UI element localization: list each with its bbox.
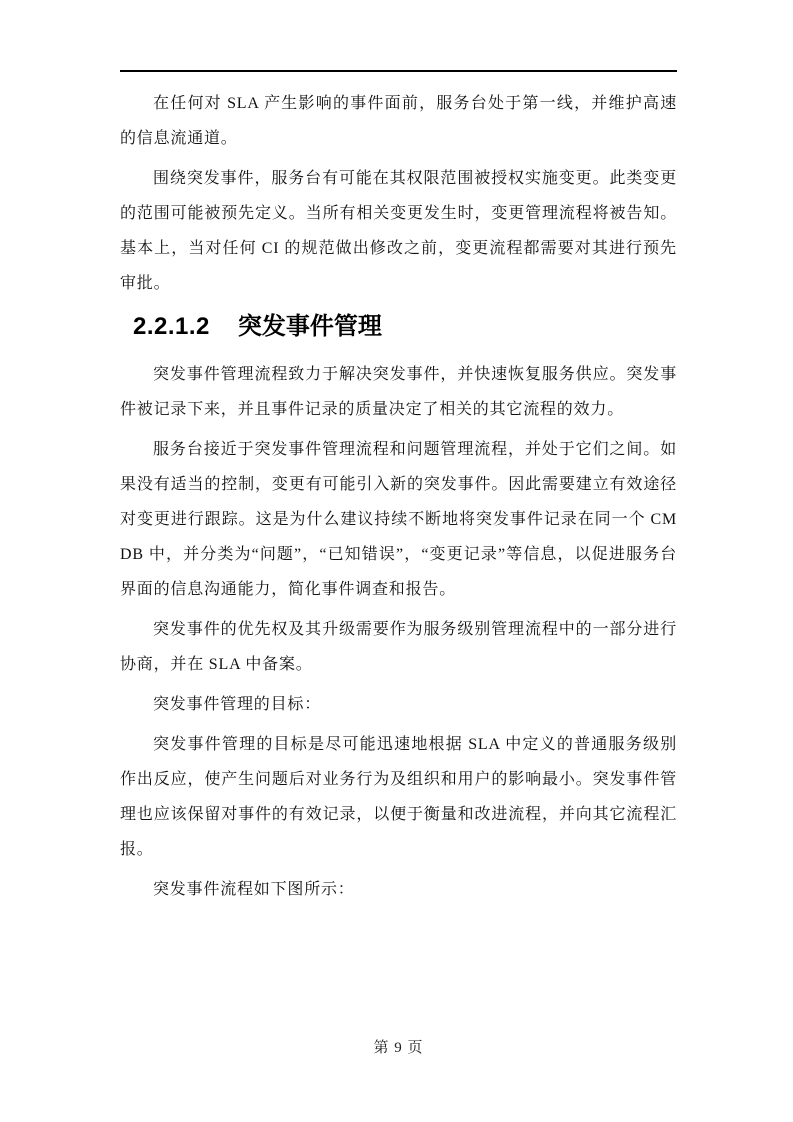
header-rule bbox=[120, 70, 677, 72]
heading-title: 突发事件管理 bbox=[238, 313, 382, 340]
page-number: 第 9 页 bbox=[373, 1040, 423, 1056]
paragraph-servicedesk-cmdb: 服务台接近于突发事件管理流程和问题管理流程，并处于它们之间。如果没有适当的控制，… bbox=[120, 432, 677, 607]
paragraph-sla-frontline: 在任何对 SLA 产生影响的事件面前，服务台处于第一线，并维护高速的信息流通道。 bbox=[120, 86, 677, 156]
heading-number: 2.2.1.2 bbox=[133, 313, 210, 340]
paragraph-flow-diagram-lead-in: 突发事件流程如下图所示： bbox=[120, 872, 677, 907]
page-content: 在任何对 SLA 产生影响的事件面前，服务台处于第一线，并维护高速的信息流通道。… bbox=[120, 86, 677, 912]
document-page: 在任何对 SLA 产生影响的事件面前，服务台处于第一线，并维护高速的信息流通道。… bbox=[0, 0, 793, 1122]
paragraph-priority-escalation: 突发事件的优先权及其升级需要作为服务级别管理流程中的一部分进行协商，并在 SLA… bbox=[120, 612, 677, 682]
paragraph-incident-process-intro: 突发事件管理流程致力于解决突发事件，并快速恢复服务供应。突发事件被记录下来，并且… bbox=[120, 357, 677, 427]
paragraph-goal-label: 突发事件管理的目标： bbox=[120, 687, 677, 722]
paragraph-goal-description: 突发事件管理的目标是尽可能迅速地根据 SLA 中定义的普通服务级别作出反应，使产… bbox=[120, 727, 677, 867]
page-footer: 第 9 页 bbox=[120, 1036, 677, 1057]
section-heading: 2.2.1.2突发事件管理 bbox=[120, 311, 677, 343]
paragraph-change-authorization: 围绕突发事件，服务台有可能在其权限范围被授权实施变更。此类变更的范围可能被预先定… bbox=[120, 161, 677, 301]
